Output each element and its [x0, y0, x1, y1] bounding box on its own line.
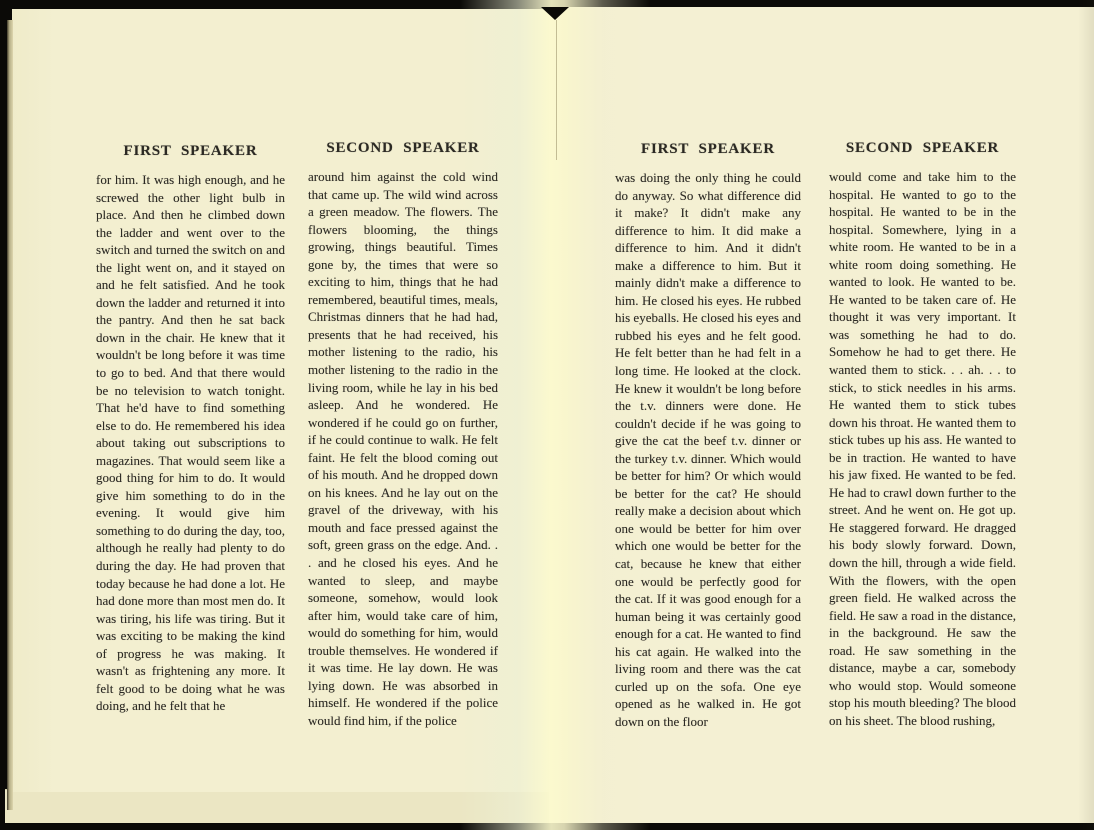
right-page-second-speaker-column: SECOND SPEAKER would come and take him t… — [829, 140, 1016, 730]
underlying-page-edge — [5, 789, 551, 823]
left-deckle-edge — [7, 20, 13, 810]
column-body-text: around him against the cold wind that ca… — [308, 168, 498, 730]
column-header-second-speaker: SECOND SPEAKER — [308, 140, 498, 157]
right-page-first-speaker-column: FIRST SPEAKER was doing the only thing h… — [615, 141, 801, 731]
column-header-first-speaker: FIRST SPEAKER — [615, 141, 801, 158]
gutter-crease-line — [556, 20, 557, 160]
left-page-first-speaker-column: FIRST SPEAKER for him. It was high enoug… — [96, 143, 285, 715]
column-body-text: would come and take him to the hospital.… — [829, 168, 1016, 730]
book-scan: FIRST SPEAKER for him. It was high enoug… — [0, 0, 1094, 830]
column-body-text: for him. It was high enough, and he scre… — [96, 171, 285, 715]
column-header-first-speaker: FIRST SPEAKER — [96, 143, 285, 160]
column-body-text: was doing the only thing he could do any… — [615, 169, 801, 731]
left-page-second-speaker-column: SECOND SPEAKER around him against the co… — [308, 140, 498, 730]
column-header-second-speaker: SECOND SPEAKER — [829, 140, 1016, 157]
gutter-top-notch — [541, 7, 569, 20]
